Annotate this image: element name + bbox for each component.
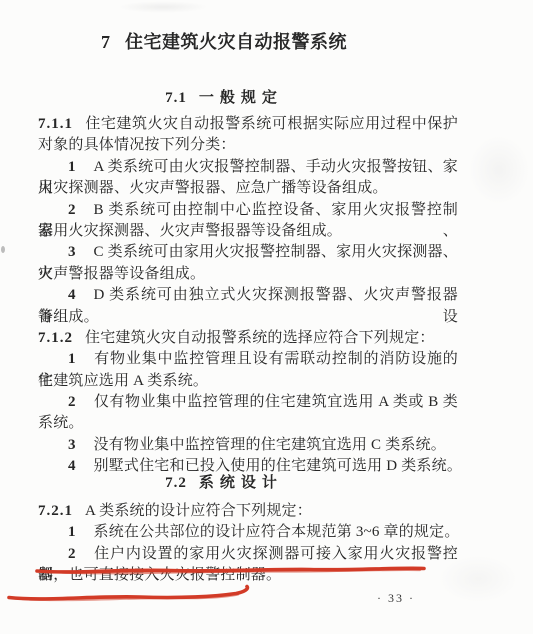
line-text: 没有物业集中监控管理的住宅建筑宜选用 C 类系统。 [94, 437, 447, 453]
line-text: 系统在公共部位的设计应符合本规范第 3~6 章的规定。 [94, 524, 460, 540]
item-number: 3 [68, 244, 77, 260]
scan-speck [1, 246, 5, 253]
chapter-number: 7 [101, 32, 110, 52]
doc-line: 3没有物业集中监控管理的住宅建筑宜选用 C 类系统。 [38, 435, 458, 456]
doc-line: 宅建筑应选用 A 类系统。 [38, 371, 458, 392]
page-content: 7住宅建筑火灾自动报警系统 7.1一般规定 7.1.1住宅建筑火灾自动报警系统可… [38, 0, 458, 634]
doc-line: 7.1.2住宅建筑火灾自动报警系统的选择应符合下列规定： [38, 328, 458, 349]
item-number: 1 [68, 524, 77, 540]
section-number: 7.2 [165, 475, 187, 491]
scan-smudge [468, 135, 530, 205]
doc-line: 1有物业集中监控管理且设有需联动控制的消防设施的住 [38, 349, 458, 370]
page-number: · 33 · [368, 591, 424, 606]
line-text: 器，也可直接接入火灾报警控制器。 [38, 567, 281, 583]
item-number: 4 [68, 287, 77, 303]
document-page: 7住宅建筑火灾自动报警系统 7.1一般规定 7.1.1住宅建筑火灾自动报警系统可… [0, 0, 533, 634]
line-text: A 类系统的设计应符合下列规定： [85, 503, 312, 519]
doc-line: 7.2.1A 类系统的设计应符合下列规定： [38, 501, 458, 522]
doc-line: 7.1.1住宅建筑火灾自动报警系统可根据实际应用过程中保护 [38, 114, 458, 135]
line-text: 灾声警报器等设备组成。 [38, 266, 205, 282]
line-text: 仅有物业集中监控管理的住宅建筑宜选用 A 类或 B 类 [94, 394, 459, 410]
line-text: 住宅建筑火灾自动报警系统可根据实际应用过程中保护 [85, 116, 458, 132]
doc-line: 火灾探测器、火灾声警报器、应急广播等设备组成。 [38, 178, 458, 199]
clauses-block-2: 7.2.1A 类系统的设计应符合下列规定： 1系统在公共部位的设计应符合本规范第… [38, 501, 458, 587]
doc-line: 2仅有物业集中监控管理的住宅建筑宜选用 A 类或 B 类 [38, 392, 458, 413]
section-number: 7.1 [165, 90, 187, 106]
doc-line: 3C 类系统可由家用火灾报警控制器、家用火灾探测器、火 [38, 242, 458, 263]
item-number: 1 [68, 351, 77, 367]
doc-line: 2B 类系统可由控制中心监控设备、家用火灾报警控制器、 [38, 200, 458, 221]
line-text: D 类系统可由独立式火灾探测报警器、火灾声警报器等设 [38, 287, 458, 324]
item-number: 2 [68, 546, 77, 562]
line-text: 别墅式住宅和已投入使用的住宅建筑可选用 D 类系统。 [94, 458, 463, 474]
section-heading-7-1: 7.1一般规定 [14, 89, 434, 107]
doc-line: 1A 类系统可由火灾报警控制器、手动火灾报警按钮、家用 [38, 157, 458, 178]
line-text: 火灾探测器、火灾声警报器、应急广播等设备组成。 [38, 180, 388, 196]
doc-line: 2住户内设置的家用火灾探测器可接入家用火灾报警控制 [38, 544, 458, 565]
clause-number: 7.2.1 [38, 503, 73, 519]
doc-line: 1系统在公共部位的设计应符合本规范第 3~6 章的规定。 [38, 522, 458, 543]
item-number: 3 [68, 437, 77, 453]
line-text: 住宅建筑火灾自动报警系统的选择应符合下列规定： [85, 330, 435, 346]
line-text: 系统。 [38, 415, 84, 431]
section-heading-text: 系统设计 [199, 475, 283, 491]
doc-line: 灾声警报器等设备组成。 [38, 264, 458, 285]
clause-number: 7.1.2 [38, 330, 73, 346]
item-number: 2 [68, 202, 77, 218]
section-heading-7-2: 7.2系统设计 [14, 474, 434, 492]
doc-line: 系统。 [38, 413, 458, 434]
line-text: 对象的具体情况按下列分类： [38, 137, 236, 153]
item-number: 2 [68, 394, 77, 410]
doc-line: 器，也可直接接入火灾报警控制器。 [38, 565, 458, 586]
clause-number: 7.1.1 [38, 116, 73, 132]
chapter-title: 7住宅建筑火灾自动报警系统 [14, 30, 434, 54]
clauses-block-1: 7.1.1住宅建筑火灾自动报警系统可根据实际应用过程中保护 对象的具体情况按下列… [38, 114, 458, 478]
line-text: 家用火灾探测器、火灾声警报器等设备组成。 [38, 223, 342, 239]
line-text: 宅建筑应选用 A 类系统。 [38, 373, 208, 389]
line-text: 备组成。 [38, 309, 99, 325]
section-heading-text: 一般规定 [199, 90, 283, 106]
item-number: 1 [68, 159, 77, 175]
doc-line: 对象的具体情况按下列分类： [38, 135, 458, 156]
chapter-title-text: 住宅建筑火灾自动报警系统 [125, 32, 347, 52]
doc-line: 4D 类系统可由独立式火灾探测报警器、火灾声警报器等设 [38, 285, 458, 306]
item-number: 4 [68, 458, 77, 474]
